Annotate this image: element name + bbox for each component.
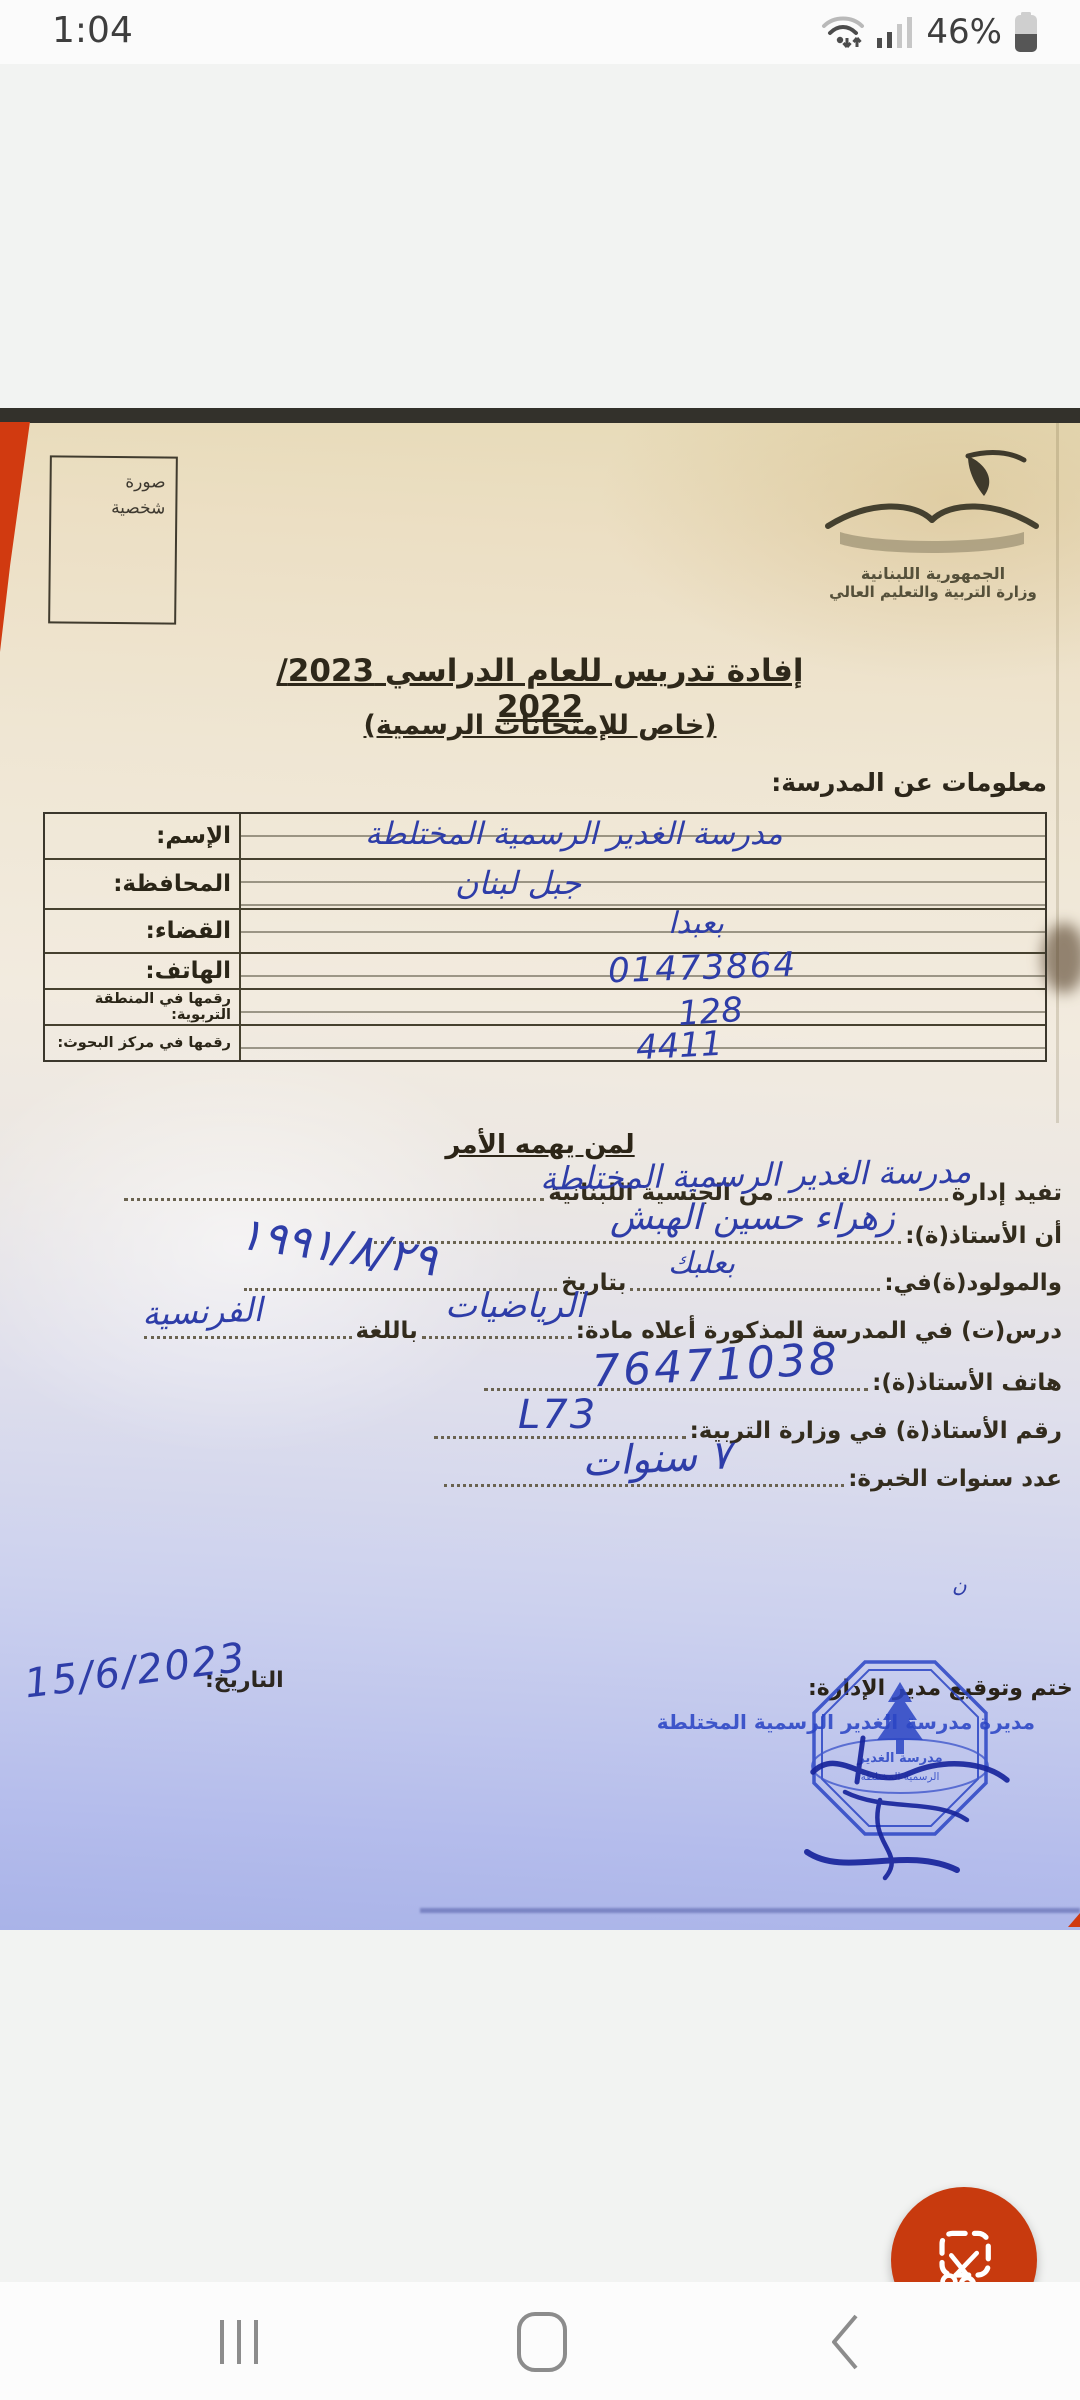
photo-box-label-line1: صورة	[51, 469, 165, 496]
school-info-heading: معلومات عن المدرسة:	[771, 768, 1047, 797]
table-row: رقمها في المنطقة التربوية:	[45, 990, 1045, 1026]
dotted-line	[124, 1198, 544, 1201]
handwritten-research-number: 4411	[635, 1024, 724, 1068]
red-backdrop-sliver	[1068, 1913, 1080, 1927]
experience-line: عدد سنوات الخبرة:	[440, 1466, 1062, 1492]
row-label: القضاء:	[45, 910, 241, 952]
to-whom-heading: لمن يهمه الأمر	[420, 1130, 660, 1160]
back-icon[interactable]	[834, 2316, 856, 2368]
subject-line: درس(ت) في المدرسة المذكورة أعلاه مادة: ب…	[140, 1318, 1062, 1344]
handwritten-school-phone: 01473864	[607, 945, 797, 992]
dotted-line	[144, 1336, 352, 1339]
dotted-line	[444, 1484, 844, 1487]
red-backdrop-corner	[0, 422, 34, 652]
table-row: الهاتف:	[45, 954, 1045, 990]
stray-ink-mark: ن	[952, 1573, 967, 1597]
row-label: الهاتف:	[45, 954, 241, 988]
personal-photo-box: صورة شخصية	[48, 455, 178, 624]
handwritten-teacher-name: زهراء حسين الهبش	[610, 1198, 895, 1238]
edge-shadow	[1042, 923, 1080, 993]
clock: 1:04	[52, 10, 133, 51]
phone-screen: 1:04 46%	[0, 0, 1080, 2400]
dotted-line	[422, 1336, 572, 1339]
navigation-bar	[0, 2282, 1080, 2400]
handwritten-school-name: مدرسة الغدير الرسمية المختلطة	[365, 816, 783, 852]
experience-label: عدد سنوات الخبرة:	[848, 1466, 1062, 1492]
handwritten-birth-place: بعلبك	[668, 1246, 735, 1281]
moe-label: رقم الأستاذ(ة) في وزارة التربية:	[690, 1418, 1062, 1444]
handwritten-governorate: جبل لبنان	[455, 864, 581, 902]
school-stamp-icon: مدرسة الغدير الرسمية المختلطة	[785, 1640, 1035, 1920]
handwritten-document-date: 15/6/2023	[22, 1635, 249, 1708]
document-photo: صورة شخصية الجمهورية اللبنانية وزارة الت…	[0, 408, 1080, 1930]
certificate-subtitle: (خاص للإمتحانات الرسمية)	[330, 710, 750, 741]
home-icon[interactable]	[519, 2314, 565, 2370]
table-row: رقمها في مركز البحوث:	[45, 1026, 1045, 1060]
born-label: والمولود(ة)في:	[884, 1270, 1062, 1296]
handwritten-subject: الرياضيات	[445, 1286, 585, 1326]
battery-icon	[1012, 10, 1040, 54]
teacher-label: أن الأستاذ(ة):	[905, 1223, 1062, 1249]
handwritten-experience: ٧ سنوات	[581, 1432, 732, 1486]
phone-label: هاتف الأستاذ(ة):	[872, 1370, 1062, 1396]
handwritten-district: بعبدا	[668, 906, 724, 941]
ministry-logo: الجمهورية اللبنانية وزارة التربية والتعل…	[808, 448, 1058, 601]
logo-country-text: الجمهورية اللبنانية	[808, 564, 1058, 583]
language-label: باللغة	[356, 1318, 418, 1344]
row-label: رقمها في مركز البحوث:	[45, 1026, 241, 1060]
row-label: رقمها في المنطقة التربوية:	[45, 990, 241, 1024]
battery-percent: 46%	[926, 12, 1002, 52]
handwritten-moe-number: L73	[518, 1392, 597, 1438]
handwritten-language: الفرنسية	[141, 1290, 263, 1333]
handwritten-school-name-line: مدرسة الغدير الرسمية المختلطة	[540, 1152, 972, 1198]
status-bar: 1:04 46%	[0, 0, 1080, 64]
photo-top-edge	[0, 408, 1080, 423]
row-label: المحافظة:	[45, 860, 241, 908]
recents-icon[interactable]	[222, 2320, 256, 2364]
cellular-signal-icon	[876, 10, 916, 54]
dotted-line	[374, 1241, 901, 1244]
open-book-logo-icon	[818, 448, 1048, 558]
table-row: القضاء:	[45, 910, 1045, 954]
wifi-icon	[820, 10, 866, 54]
logo-ministry-text: وزارة التربية والتعليم العالي	[808, 583, 1058, 601]
dotted-line	[630, 1288, 880, 1291]
photo-box-label-line2: شخصية	[51, 495, 165, 522]
row-label: الإسم:	[45, 814, 241, 858]
